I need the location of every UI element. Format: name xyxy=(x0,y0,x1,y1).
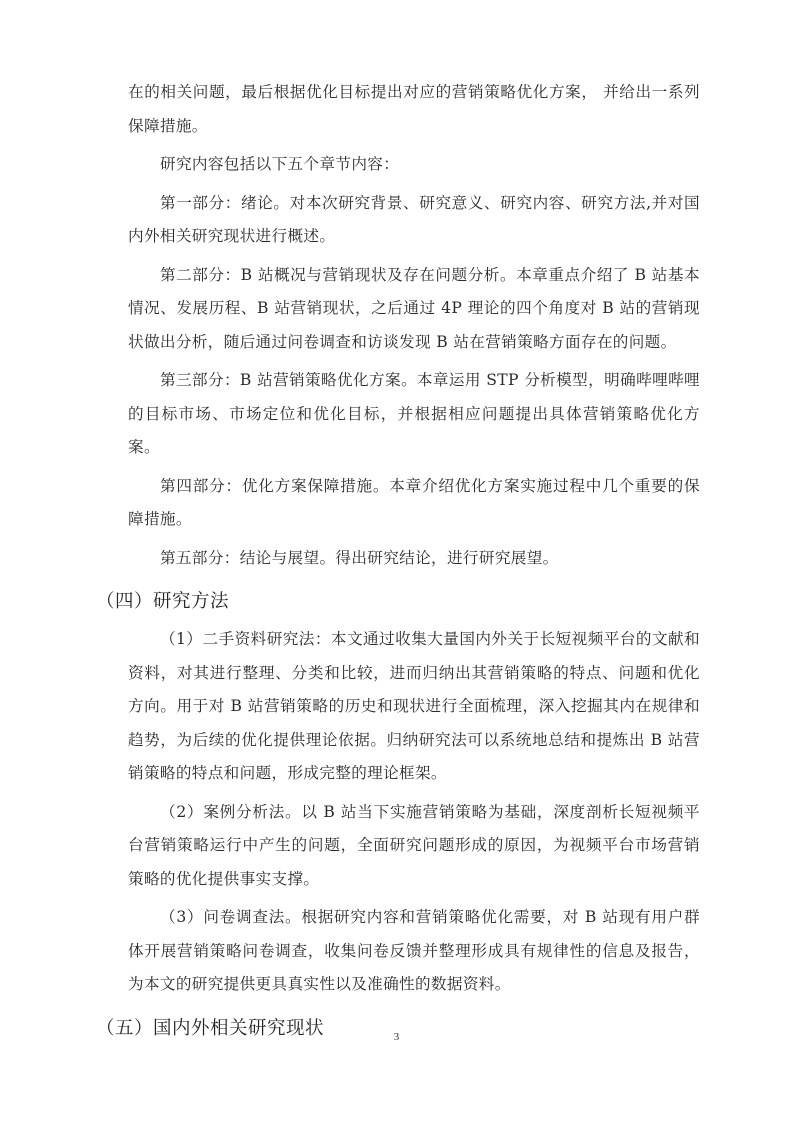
paragraph-part-five: 第五部分：结论与展望。得出研究结论，进行研究展望。 xyxy=(128,542,700,576)
paragraph-method-questionnaire: （3）问卷调查法。根据研究内容和营销策略优化需要，对 B 站现有用户群体开展营销… xyxy=(128,901,700,1002)
paragraph-continuation: 在的相关问题，最后根据优化目标提出对应的营销策略优化方案， 并给出一系列保障措施… xyxy=(128,76,700,143)
paragraph-method-secondary-data: （1）二手资料研究法：本文通过收集大量国内外关于长短视频平台的文献和资料，对其进… xyxy=(128,623,700,791)
paragraph-content-intro: 研究内容包括以下五个章节内容： xyxy=(128,148,700,182)
page-content: 在的相关问题，最后根据优化目标提出对应的营销策略优化方案， 并给出一系列保障措施… xyxy=(128,76,700,1040)
paragraph-part-one: 第一部分：绪论。对本次研究背景、研究意义、研究内容、研究方法,并对国内外相关研究… xyxy=(128,187,700,254)
paragraph-part-four: 第四部分：优化方案保障措施。本章介绍优化方案实施过程中几个重要的保障措施。 xyxy=(128,470,700,537)
section-heading-methods: （四）研究方法 xyxy=(96,587,668,613)
paragraph-method-case-analysis: （2）案例分析法。以 B 站当下实施营销策略为基础，深度剖析长短视频平台营销策略… xyxy=(128,796,700,897)
paragraph-part-three: 第三部分：B 站营销策略优化方案。本章运用 STP 分析模型，明确哔哩哔哩的目标… xyxy=(128,364,700,465)
paragraph-part-two: 第二部分：B 站概况与营销现状及存在问题分析。本章重点介绍了 B 站基本情况、发… xyxy=(128,259,700,360)
page-number: 3 xyxy=(0,1031,793,1043)
document-page: 在的相关问题，最后根据优化目标提出对应的营销策略优化方案， 并给出一系列保障措施… xyxy=(0,0,793,1122)
